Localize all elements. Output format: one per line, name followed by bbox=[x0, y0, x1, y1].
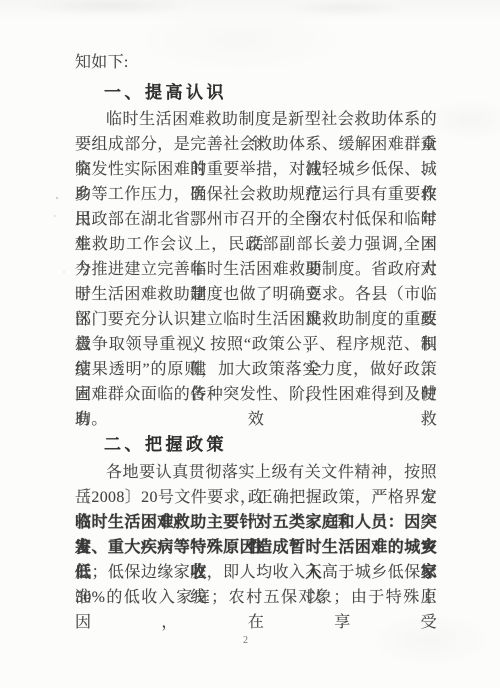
text-line-emphasis: 害、重大疾病等特殊原因造成暂时生活困难的城乡低收入家 bbox=[75, 535, 437, 560]
scanned-document-page: 知如下: 一、提高认识 临时生活困难救助制度是新型社会救助体系的一个重 要组成部… bbox=[0, 0, 500, 688]
text-line: 各地要认真贯彻落实上级有关文件精神，按照岳政发 bbox=[75, 460, 437, 485]
document-body: 知如下: 一、提高认识 临时生活困难救助制度是新型社会救助体系的一个重 要组成部… bbox=[75, 50, 437, 610]
text-line: 50%的低收入家庭；农村五保对象；由于特殊原因，在享受 bbox=[75, 585, 437, 610]
text-line: 庭；低保边缘家庭，即人均收入不高于城乡低保标准线以上 bbox=[75, 560, 437, 585]
text-line: 时生活困难救助制度也做了明确要求。各县（市、区）民政 bbox=[75, 282, 437, 307]
text-line: 部门要充分认识建立临时生活困难救助制度的重要意义，积 bbox=[75, 307, 437, 332]
text-line: 知如下: bbox=[75, 50, 437, 75]
text-line: 结果透明”的原则，加大政策落实力度，做好政策宣传，使 bbox=[75, 357, 437, 382]
text-line: 民政部在湖北省鄂州市召开的全国农村低保和临时生活困 bbox=[75, 207, 437, 232]
text-line-emphasis: 临时生活困难救助主要针对五类家庭和人员：因突发性灾 bbox=[75, 510, 437, 535]
text-line: 助等工作压力，确保社会救助规范运行具有重要作用。今年 bbox=[75, 182, 437, 207]
text-line: 力推进建立完善临时生活困难救助制度。省政府对于建立临 bbox=[75, 257, 437, 282]
text-line: 困难群众面临的各种突发性、阶段性困难得到及时有效救 bbox=[75, 382, 437, 407]
section-heading-2: 二、把握政策 bbox=[75, 432, 437, 457]
text-line: 要组成部分，是完善社会救助体系、缓解困难群众临时性、 bbox=[75, 132, 437, 157]
section-heading-1: 一、提高认识 bbox=[75, 80, 437, 105]
text-line: 难救助工作会议上，民政部副部长姜力强调,全国今年要大 bbox=[75, 232, 437, 257]
text-line: 〔2008〕20号文件要求，正确把握政策，严格界定救助范围。 bbox=[75, 485, 437, 510]
text-line: 突发性实际困难的重要举措，对减轻城乡低保、城乡医疗救 bbox=[75, 157, 437, 182]
page-number: 2 bbox=[243, 635, 248, 646]
text-line: 临时生活困难救助制度是新型社会救助体系的一个重 bbox=[75, 107, 437, 132]
text-line: 极争取领导重视，按照“政策公平、程序规范、制度健全、 bbox=[75, 332, 437, 357]
